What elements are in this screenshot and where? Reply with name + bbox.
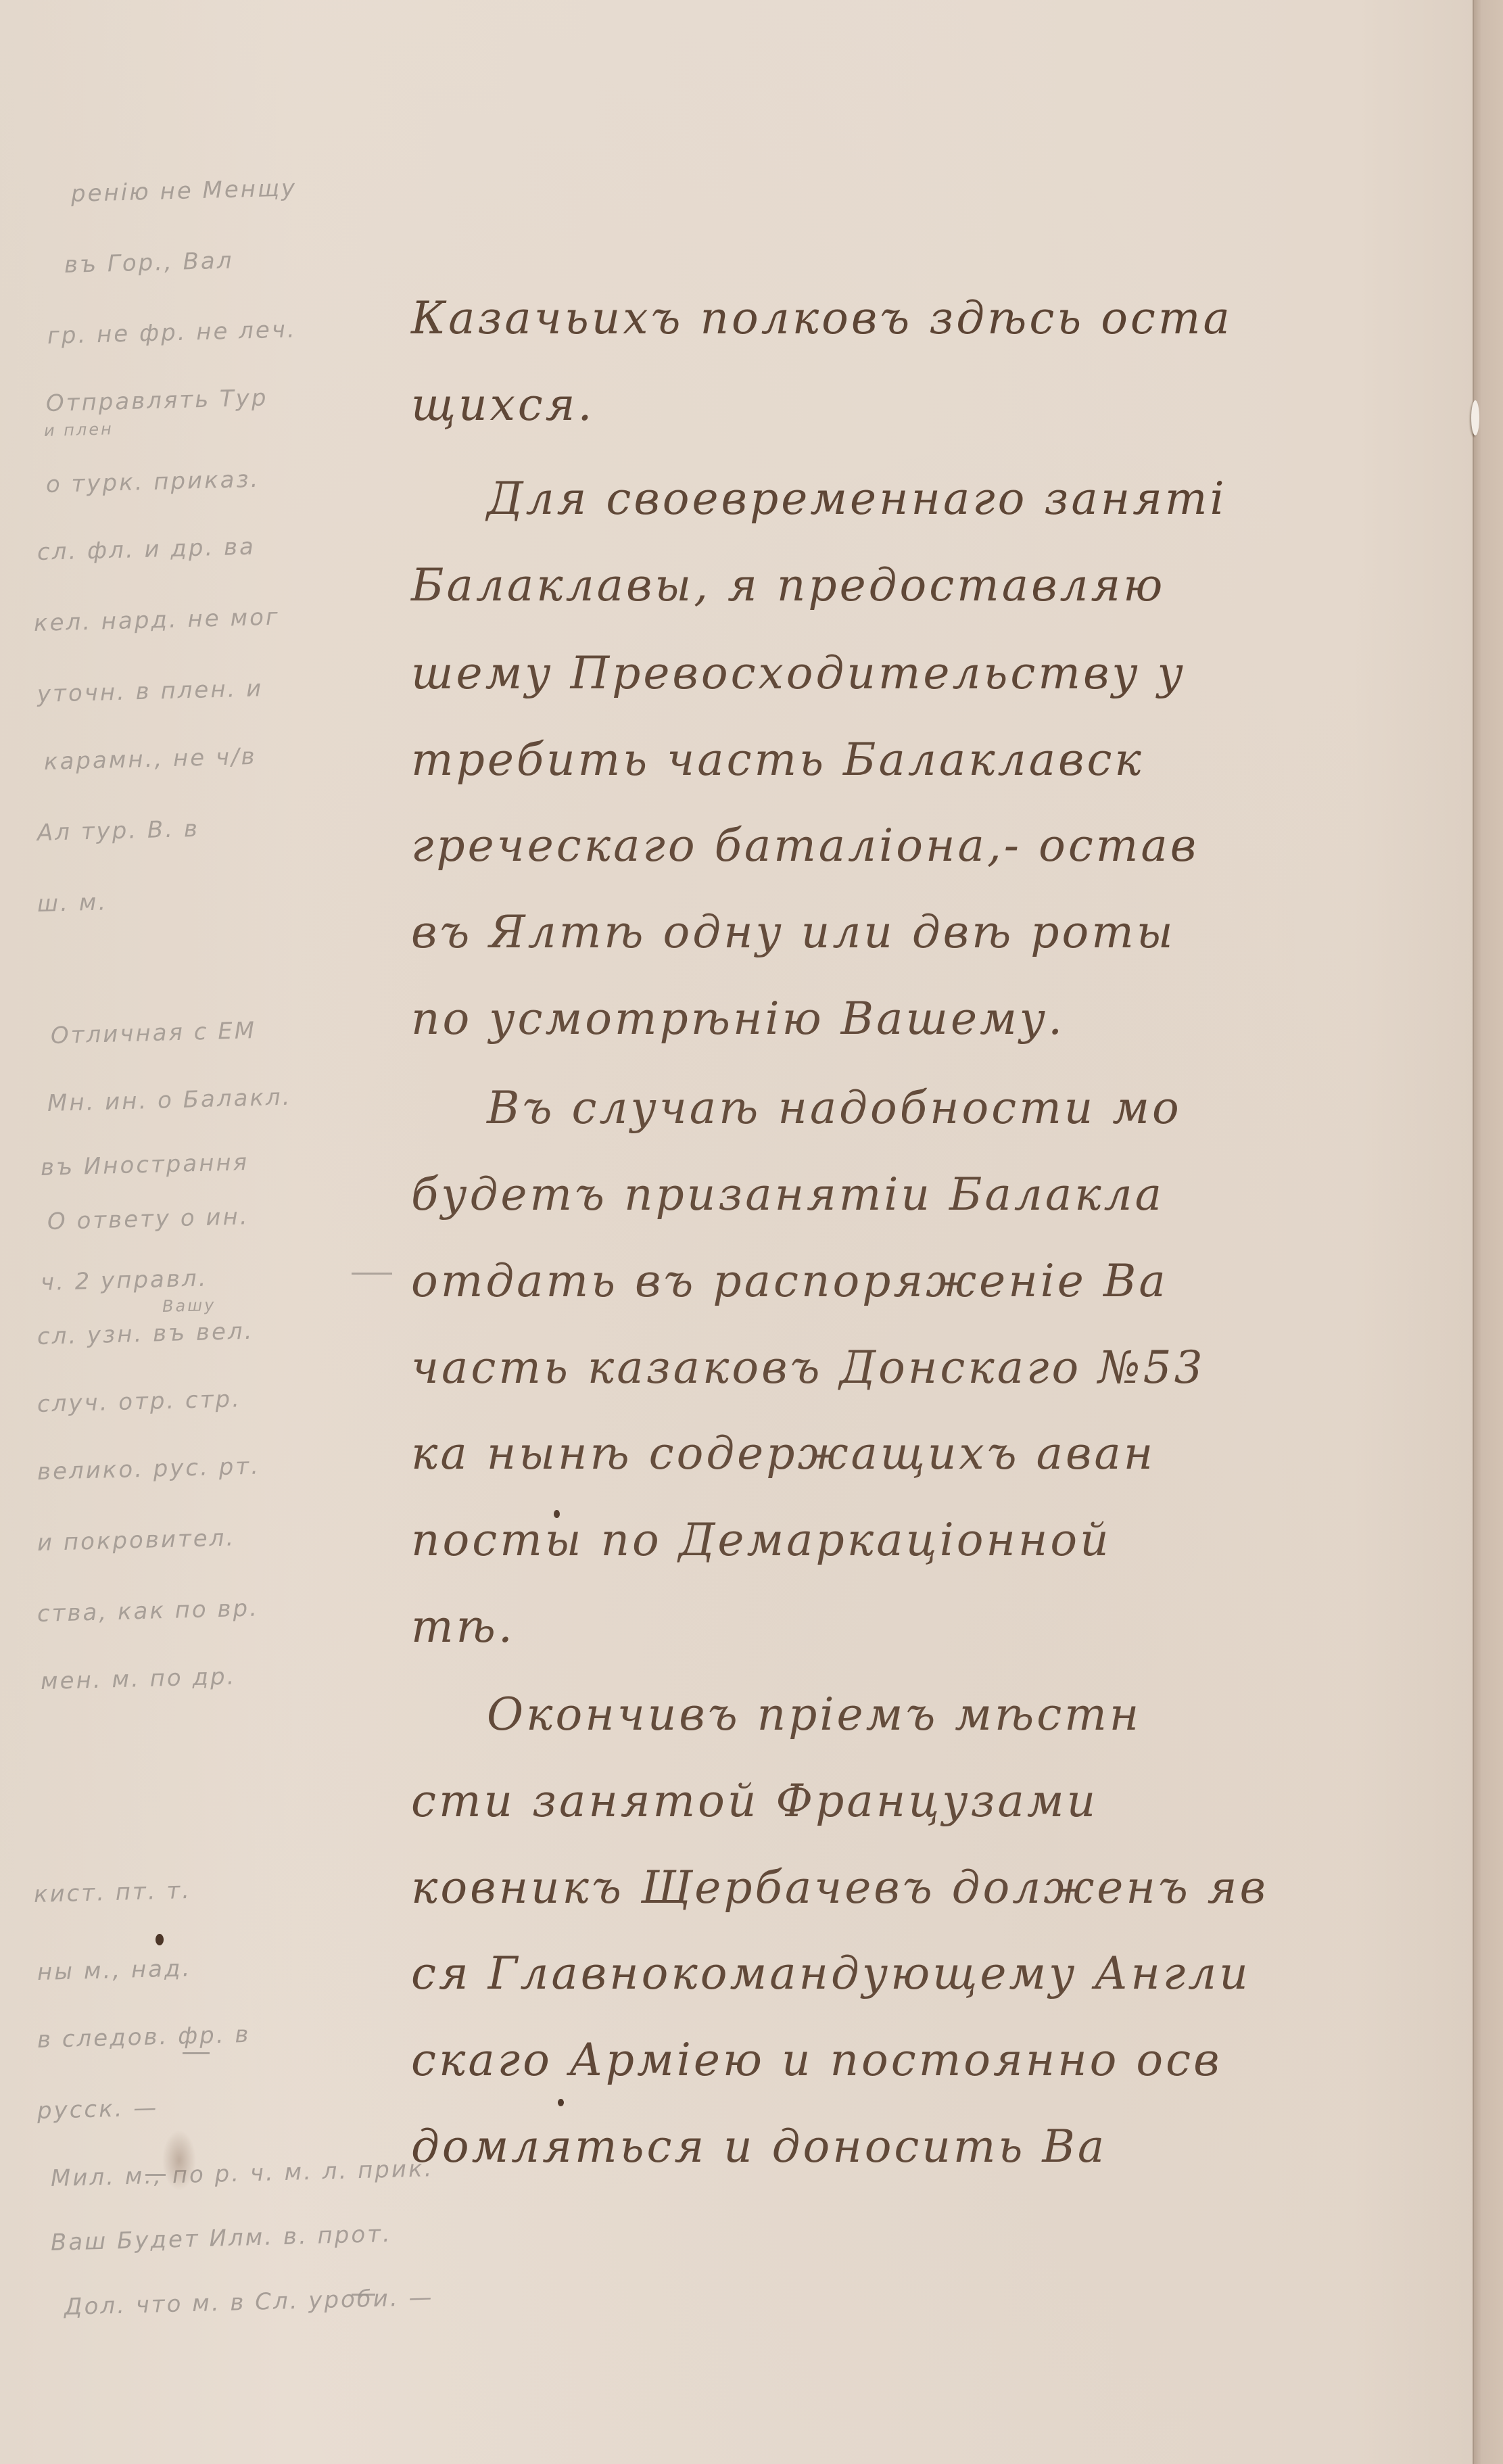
margin-note-line: Отправлять Тур [46,386,268,415]
main-text-line: Въ случаѣ надобности мо [487,1086,1182,1131]
margin-note-line: и плен [44,421,114,439]
margin-note-line: Отличная с ЕМ [51,1019,257,1047]
main-text-line: тѣ. [411,1605,515,1649]
margin-note-line: сл. фл. и др. ва [37,536,256,564]
margin-note-line: въ Инострання [41,1151,249,1179]
pencil-dash-mark [352,2294,375,2296]
paper-tear [1471,400,1479,435]
main-text-line: греческаго баталіона,- остав [411,824,1199,868]
margin-note-line: Ал тур. В. в [37,818,200,845]
pencil-dash-mark [183,2052,210,2054]
margin-note-line: и покровител. [37,1526,236,1555]
margin-note-line: ш. м. [37,891,108,916]
margin-note-line: уточн. в плен. и [37,677,264,706]
margin-note-line: кел. нард. не мог [34,605,281,635]
margin-note-line: русск. — [37,2096,159,2123]
main-text-line: Окончивъ пріемъ мѣстн [487,1692,1141,1737]
margin-note-line: О ответу о ин. [47,1205,249,1233]
margin-note-line: о турк. приказ. [46,468,260,496]
margin-note-line: велико. рус. рт. [37,1454,261,1484]
margin-note-line: мен. м. по др. [41,1665,237,1693]
margin-note-line: кист. пт. т. [34,1879,192,1906]
main-text-line: сти занятой Французами [411,1779,1098,1824]
main-text-line: будетъ призанятіи Балакла [411,1172,1164,1217]
main-text-line: домляться и доносить Ва [411,2125,1107,2169]
stain-smudge [162,2130,196,2191]
main-text-line: щихся. [411,383,594,427]
main-text-line: Казачьихъ полковъ здѣсь оста [411,296,1233,341]
main-text-line: ковникъ Щербачевъ долженъ яв [411,1866,1268,1910]
manuscript-page: Казачьихъ полковъ здѣсь оста щихся. Для … [0,0,1473,2464]
margin-note-line: Мн. ин. о Балакл. [47,1086,292,1115]
main-text-line: шему Превосходительству у [411,651,1186,696]
ink-blot [558,2099,564,2106]
main-text-line: Для своевременнаго заняті [487,477,1227,521]
main-text-line: въ Ялтѣ одну или двѣ роты [411,910,1176,955]
margin-note-line: в следов. фр. в [37,2023,251,2052]
main-text-line: ся Главнокомандующему Англи [411,1951,1251,1996]
margin-note-line: карамн., не ч/в [44,745,257,774]
ink-blot [156,1934,164,1945]
margin-note-line: ны м., над. [37,1957,192,1984]
main-text-block: Казачьихъ полковъ здѣсь оста щихся. Для … [0,0,1471,2464]
main-text-line: посты по Демаркаціонной [411,1518,1112,1563]
pencil-dash-mark [352,1273,392,1275]
margin-note-line: случ. отр. стр. [37,1388,242,1416]
main-text-line: отдать въ распоряженіе Ва [411,1259,1168,1304]
main-text-line: ка нынѣ содержащихъ аван [411,1431,1155,1476]
ink-blot [554,1510,560,1518]
margin-note-line: ства, как по вр. [37,1596,260,1626]
main-text-line: Балаклавы, я предоставляю [411,563,1165,608]
margin-note-line: въ Гор., Вал [64,249,234,277]
margin-note-line: ч. 2 управл. [41,1267,208,1294]
main-text-line: часть казаковъ Донскаго №53 [411,1346,1206,1390]
underlying-page-edge [1473,0,1503,2464]
margin-note-line: сл. узн. въ вел. [37,1320,254,1348]
margin-note-line: ренію не Менщу [71,176,297,206]
margin-note-line: Вашу [162,1297,216,1314]
main-text-line: по усмотрѣнію Вашему. [411,997,1065,1041]
margin-note-line: гр. не фр. не леч. [47,318,297,348]
main-text-line: скаго Арміею и постоянно осв [411,2038,1222,2083]
main-text-line: требить часть Балаклавск [411,738,1144,782]
